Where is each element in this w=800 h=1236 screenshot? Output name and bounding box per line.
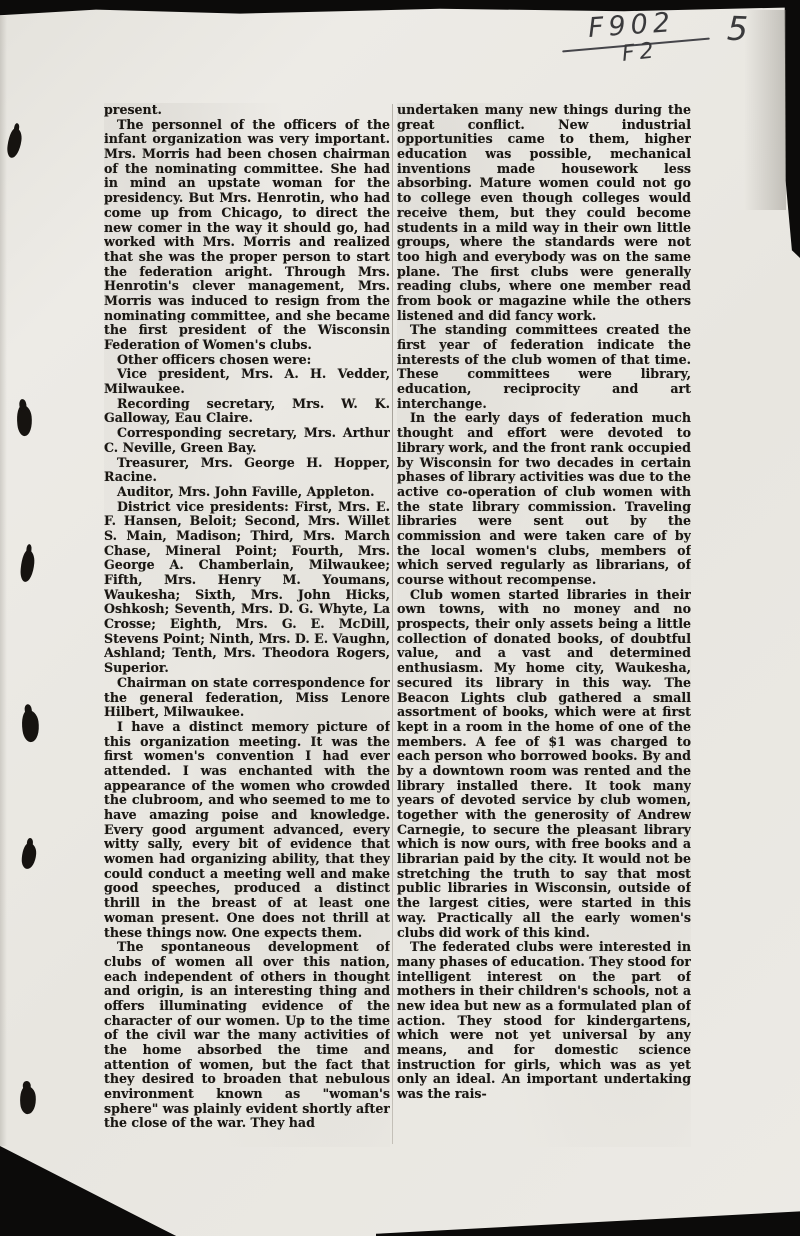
handwritten-page-number: 5: [726, 12, 748, 46]
article-paragraph: In the early days of federation much tho…: [397, 411, 691, 587]
article-paragraph: Other officers chosen were:: [104, 353, 390, 368]
article-paragraph: present.: [104, 103, 390, 118]
article-paragraph: The federated clubs were interested in m…: [397, 940, 691, 1102]
paper-left-edge-shadow: [0, 16, 7, 1146]
handwritten-catalog-code-bottom: F2: [621, 40, 660, 66]
article-paragraph: Corresponding secretary, Mrs. Arthur C. …: [104, 426, 390, 455]
article-column-right: undertaken many new things during the gr…: [397, 103, 691, 1147]
article-paragraph: Recording secretary, Mrs. W. K. Galloway…: [104, 397, 390, 426]
column-rule: [392, 104, 393, 1144]
article-paragraph: I have a distinct memory picture of this…: [104, 720, 390, 940]
article-paragraph: Vice president, Mrs. A. H. Vedder, Milwa…: [104, 367, 390, 396]
article-paragraph: Chairman on state correspondence for the…: [104, 676, 390, 720]
article-paragraph: undertaken many new things during the gr…: [397, 103, 691, 323]
article-paragraph: Auditor, Mrs. John Faville, Appleton.: [104, 485, 390, 500]
article-column-left: present.The personnel of the officers of…: [104, 103, 390, 1147]
handwritten-catalog-code-top: F902: [587, 9, 676, 42]
article-paragraph: Treasurer, Mrs. George H. Hopper, Racine…: [104, 456, 390, 485]
article-paragraph: The spontaneous development of clubs of …: [104, 940, 390, 1131]
article-paragraph: The standing committees created the firs…: [397, 323, 691, 411]
article-paragraph: District vice presidents: First, Mrs. E.…: [104, 500, 390, 676]
article-paragraph: Club women started libraries in their ow…: [397, 588, 691, 941]
article-paragraph: The personnel of the officers of the inf…: [104, 118, 390, 353]
